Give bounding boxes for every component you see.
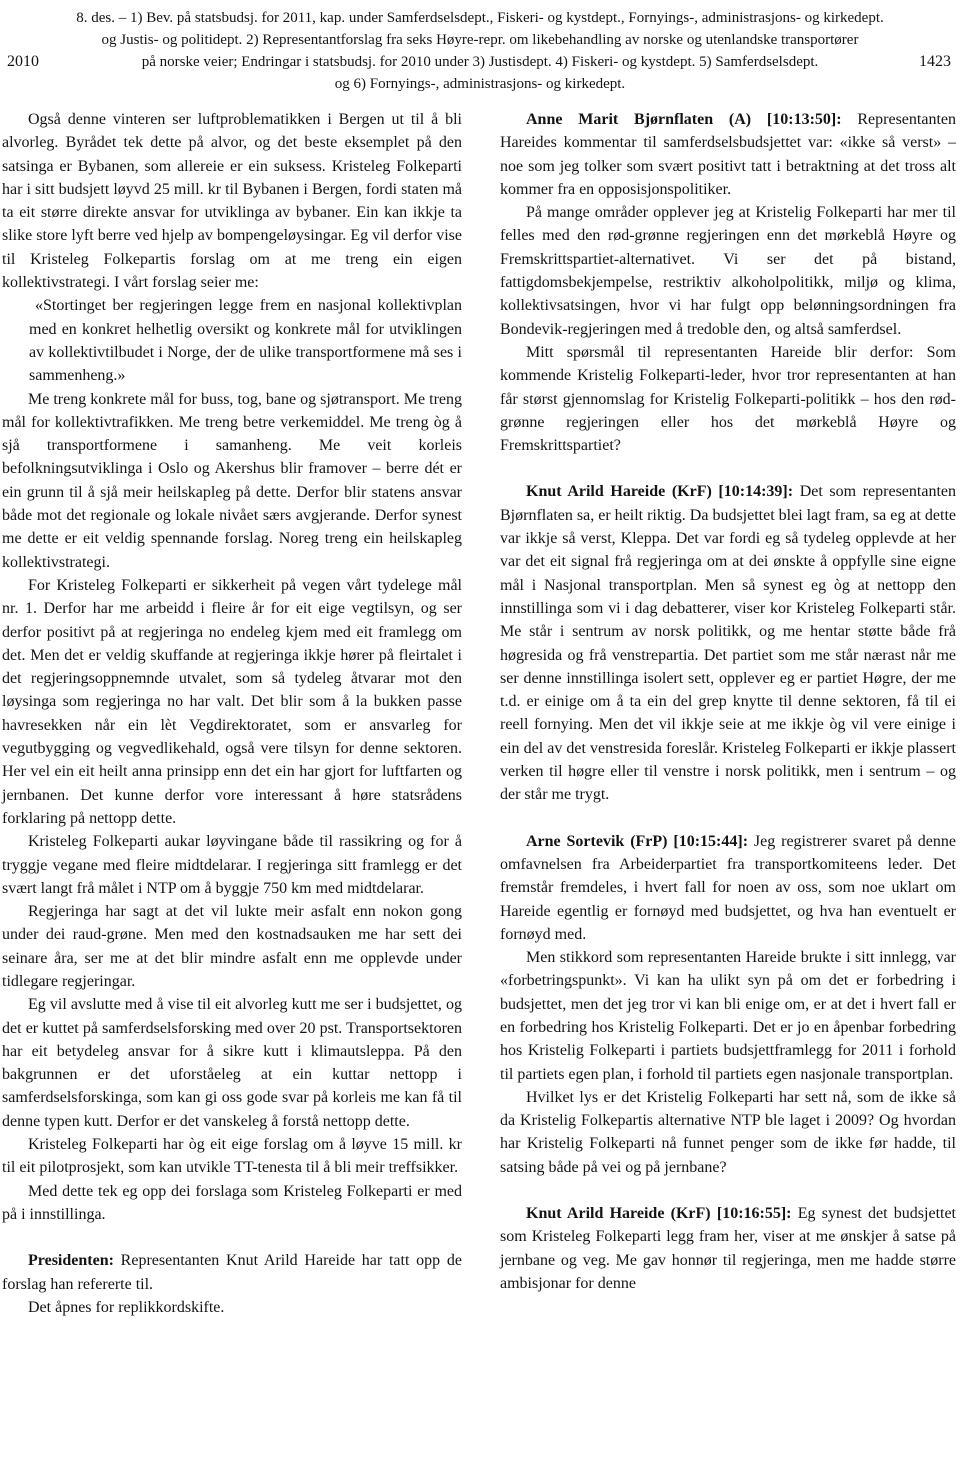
president-paragraph: Presidenten: Representanten Knut Arild H… — [2, 1249, 462, 1296]
speech-text: Det som representanten Bjørnflaten sa, e… — [500, 483, 956, 803]
paragraph: Med dette tek eg opp dei forslaga som Kr… — [2, 1180, 462, 1227]
speaker-name: Anne Marit Bjørnflaten (A) [10:13:50]: — [526, 111, 842, 128]
year-marker: 2010 — [7, 51, 39, 73]
speech-paragraph: Knut Arild Hareide (KrF) [10:16:55]: Eg … — [500, 1202, 956, 1295]
speaker-name: Arne Sortevik (FrP) [10:15:44]: — [526, 833, 748, 850]
paragraph: Kristeleg Folkeparti har òg eit eige for… — [2, 1133, 462, 1180]
paragraph: Også denne vinteren ser luftproblematikk… — [2, 108, 462, 294]
paragraph: Me treng konkrete mål for buss, tog, ban… — [2, 388, 462, 574]
paragraph: Hvilket lys er det Kristelig Folkeparti … — [500, 1086, 956, 1179]
right-column: Anne Marit Bjørnflaten (A) [10:13:50]: R… — [500, 108, 956, 1319]
header-line-4: og 6) Fornyings-, administrasjons- og ki… — [0, 73, 960, 95]
speaker-name: Presidenten: — [28, 1252, 114, 1269]
paragraph: For Kristeleg Folkeparti er sikkerheit p… — [2, 574, 462, 830]
paragraph: Mitt spørsmål til representanten Hareide… — [500, 341, 956, 457]
paragraph: Men stikkord som representanten Hareide … — [500, 946, 956, 1086]
page-body: Også denne vinteren ser luftproblematikk… — [0, 108, 960, 1319]
left-column: Også denne vinteren ser luftproblematikk… — [2, 108, 462, 1319]
speaker-name: Knut Arild Hareide (KrF) [10:14:39]: — [526, 483, 793, 500]
speaker-name: Knut Arild Hareide (KrF) [10:16:55]: — [526, 1205, 792, 1222]
block-quote: «Stortinget ber regjeringen legge frem e… — [29, 294, 462, 387]
paragraph: Det åpnes for replikkordskifte. — [2, 1296, 462, 1319]
paragraph: Regjeringa har sagt at det vil lukte mei… — [2, 900, 462, 993]
running-header: 8. des. – 1) Bev. på statsbudsj. for 201… — [0, 0, 960, 95]
paragraph: På mange områder opplever jeg at Kristel… — [500, 201, 956, 341]
header-line-3-text: på norske veier; Endringar i statsbudsj.… — [142, 54, 819, 70]
header-line-1: 8. des. – 1) Bev. på statsbudsj. for 201… — [0, 7, 960, 29]
paragraph: Kristeleg Folkeparti aukar løyvingane bå… — [2, 830, 462, 900]
speech-paragraph: Knut Arild Hareide (KrF) [10:14:39]: Det… — [500, 480, 956, 806]
paragraph: Eg vil avslutte med å vise til eit alvor… — [2, 993, 462, 1133]
speech-paragraph: Anne Marit Bjørnflaten (A) [10:13:50]: R… — [500, 108, 956, 201]
page-number: 1423 — [919, 51, 951, 73]
header-line-2: og Justis- og politidept. 2) Representan… — [0, 29, 960, 51]
speech-paragraph: Arne Sortevik (FrP) [10:15:44]: Jeg regi… — [500, 830, 956, 946]
document-page: 8. des. – 1) Bev. på statsbudsj. for 201… — [0, 0, 960, 1482]
header-line-3: 2010 på norske veier; Endringar i statsb… — [0, 51, 960, 73]
